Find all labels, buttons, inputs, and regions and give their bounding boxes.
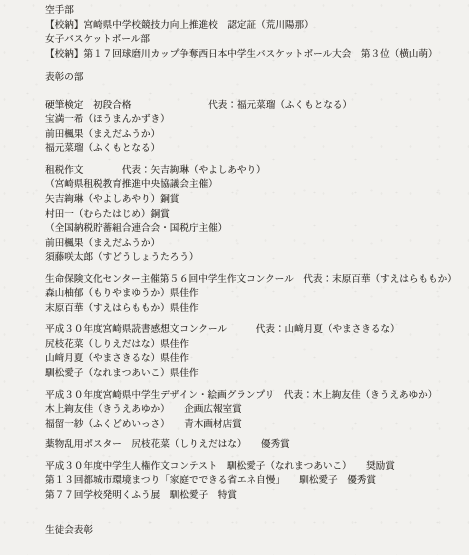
text-line: 前田楓果（まえだふうか） (45, 128, 461, 143)
text-line: 尻枝花菜（しりえだはな）県佳作 (45, 338, 461, 353)
text-line: 村田一（むらたはじめ）銅賞 (45, 208, 461, 223)
text-line: 平成３０年度宮崎県中学生デザイン・絵画グランプリ 代表：木上絢友佳（きうえあゆか… (45, 389, 461, 404)
text-line: 薬物乱用ポスター 尻枝花菜（しりえだはな） 優秀賞 (45, 438, 461, 453)
text-line: 馴松愛子（なれまつあいこ）県佳作 (45, 367, 461, 382)
award-tax-essay: 租税作文 代表：矢吉絢琳（やよしあやり）（宮崎県租税教育推進中央協議会主催）矢吉… (45, 164, 461, 266)
text-line: （全国納税貯蓄組合連合会・国税庁主催） (45, 222, 461, 237)
text-line: 木上絢友佳（きうえあゆか） 企画広報室賞 (45, 403, 461, 418)
text-line: 須藤咲太郎（すどうしょうたろう） (45, 251, 461, 266)
award-penmanship-exam: 硬筆検定 初段合格 代表：福元菜瑠（ふくもとなる）宝満一希（ほうまんかずき）前田… (45, 99, 461, 157)
text-line: 【校納】宮崎県中学校競技力向上推進校 認定証（荒川陽那） (45, 19, 461, 34)
text-line: 平成３０年度中学生人権作文コンテスト 馴松愛子（なれまつあいこ） 奨励賞 (45, 460, 461, 475)
text-line: 第７７回学校発明くふう展 馴松愛子 特賞 (45, 489, 461, 504)
text-line: 表彰の部 (45, 71, 461, 86)
award-life-insurance-essay-contest: 生命保険文化センター主催第５６回中学生作文コンクール 代表：末原百華（すえはらも… (45, 273, 461, 317)
text-line: 福元菜瑠（ふくもとなる） (45, 142, 461, 157)
award-misc-contests: 平成３０年度中学生人権作文コンテスト 馴松愛子（なれまつあいこ） 奨励賞第１３回… (45, 460, 461, 504)
award-book-report-contest: 平成３０年度宮崎県読書感想文コンクール 代表：山﨑月夏（やまさきるな）尻枝花菜（… (45, 323, 461, 381)
scanned-document: 空手部【校納】宮崎県中学校競技力向上推進校 認定証（荒川陽那）女子バスケットボー… (0, 0, 469, 555)
text-line: 宝満一希（ほうまんかずき） (45, 113, 461, 128)
award-drug-abuse-poster: 薬物乱用ポスター 尻枝花菜（しりえだはな） 優秀賞 (45, 438, 461, 453)
club-report: 空手部【校納】宮崎県中学校競技力向上推進校 認定証（荒川陽那）女子バスケットボー… (45, 4, 461, 62)
text-line: 空手部 (45, 4, 461, 19)
text-line: 【校納】第１７回球磨川カップ争奪西日本中学生バスケットボール大会 第３位（横山萌… (45, 48, 461, 63)
text-line: 租税作文 代表：矢吉絢琳（やよしあやり） (45, 164, 461, 179)
text-line: 矢吉絢琳（やよしあやり）銅賞 (45, 193, 461, 208)
text-line: 生徒会表彰 (45, 524, 461, 539)
text-line: 女子バスケットボール部 (45, 33, 461, 48)
text-line: 山﨑月夏（やまさきるな）県佳作 (45, 352, 461, 367)
text-line: 硬筆検定 初段合格 代表：福元菜瑠（ふくもとなる） (45, 99, 461, 114)
text-line: 第１３回都城市環境まつり「家庭でできる省エネ自慢」 馴松愛子 優秀賞 (45, 474, 461, 489)
heading-student-council-commendation: 生徒会表彰 (45, 524, 461, 539)
text-line: 前田楓果（まえだふうか） (45, 237, 461, 252)
heading-commendation: 表彰の部 (45, 71, 461, 86)
text-line: （宮崎県租税教育推進中央協議会主催） (45, 178, 461, 193)
text-line: 平成３０年度宮崎県読書感想文コンクール 代表：山﨑月夏（やまさきるな） (45, 323, 461, 338)
text-line: 森山柚郁（もりやまゆうか）県佳作 (45, 287, 461, 302)
award-list-body: 空手部【校納】宮崎県中学校競技力向上推進校 認定証（荒川陽那）女子バスケットボー… (45, 4, 461, 539)
award-design-art-grandprix: 平成３０年度宮崎県中学生デザイン・絵画グランプリ 代表：木上絢友佳（きうえあゆか… (45, 389, 461, 433)
text-line: 末原百華（すえはらももか）県佳作 (45, 302, 461, 317)
text-line: 生命保険文化センター主催第５６回中学生作文コンクール 代表：末原百華（すえはらも… (45, 273, 461, 288)
text-line: 福留一紗（ふくどめいっさ） 青木画材店賞 (45, 418, 461, 433)
